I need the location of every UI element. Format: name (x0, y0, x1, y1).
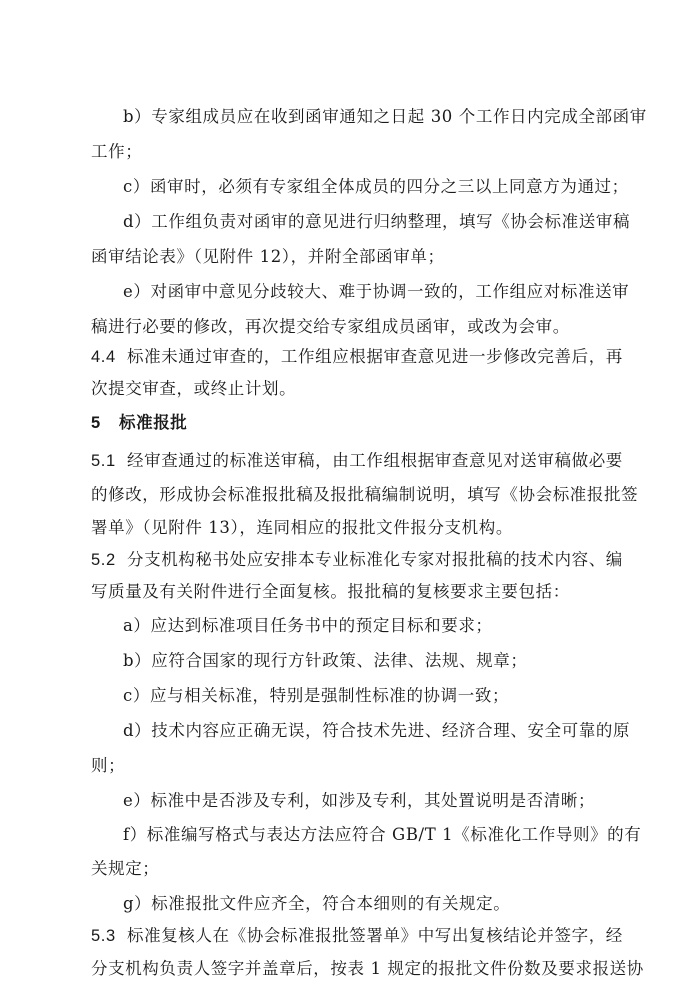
item-e-line-2: 稿进行必要的修改，再次提交给专家组成员函审，或改为会审。 (91, 316, 611, 338)
item-5-2-d-line-1: d）技术内容应正确无误，符合技术先进、经济合理、安全可靠的原 (123, 720, 611, 742)
section-number: 5 (91, 412, 119, 434)
item-c-line-1: c）函审时，必须有专家组全体成员的四分之三以上同意方为通过； (123, 176, 611, 198)
clause-5-2-line-2: 写质量及有关附件进行全面复核。报批稿的复核要求主要包括： (91, 581, 611, 603)
clause-number: 5.2 (91, 549, 127, 571)
item-5-2-f-line-2: 关规定； (91, 858, 611, 880)
item-b-line-1: b）专家组成员应在收到函审通知之日起 30 个工作日内完成全部函审 (123, 106, 611, 128)
item-5-2-c: c）应与相关标准，特别是强制性标准的协调一致； (123, 685, 611, 707)
item-5-2-g: g）标准报批文件应齐全，符合本细则的有关规定。 (123, 893, 611, 915)
section-title: 标准报批 (119, 413, 187, 432)
clause-number: 5.1 (91, 450, 127, 472)
clause-text: 分支机构秘书处应安排本专业标准化专家对报批稿的技术内容、编 (127, 550, 623, 569)
item-d-line-2: 函审结论表》（见附件 12），并附全部函审单； (91, 246, 611, 268)
clause-5-1-line-2: 的修改，形成协会标准报批稿及报批稿编制说明，填写《协会标准报批签 (91, 484, 611, 506)
clause-5-3-line-2: 分支机构负责人签字并盖章后，按表 1 规定的报批文件份数及要求报送协 (91, 958, 611, 980)
item-e-line-1: e）对函审中意见分歧较大、难于协调一致的，工作组应对标准送审 (123, 281, 611, 303)
clause-5-1-line-3: 署单》（见附件 13），连同相应的报批文件报分支机构。 (91, 517, 611, 539)
clause-4-4-line-2: 次提交审查，或终止计划。 (91, 378, 611, 400)
clause-5-3-line-1: 5.3标准复核人在《协会标准报批签署单》中写出复核结论并签字，经 (91, 925, 611, 947)
item-5-2-e: e）标准中是否涉及专利，如涉及专利，其处置说明是否清晰； (123, 790, 611, 812)
item-5-2-f-line-1: f）标准编写格式与表达方法应符合 GB/T 1《标准化工作导则》的有 (123, 824, 611, 846)
clause-text: 标准复核人在《协会标准报批签署单》中写出复核结论并签字，经 (127, 926, 623, 945)
item-b-line-2: 工作； (91, 141, 611, 163)
clause-text: 经审查通过的标准送审稿，由工作组根据审查意见对送审稿做必要 (127, 451, 623, 470)
item-5-2-d-line-2: 则； (91, 755, 611, 777)
clause-4-4-line-1: 4.4标准未通过审查的，工作组应根据审查意见进一步修改完善后，再 (91, 346, 611, 368)
clause-number: 5.3 (91, 925, 127, 947)
item-d-line-1: d）工作组负责对函审的意见进行归纳整理，填写《协会标准送审稿 (123, 211, 611, 233)
clause-text: 标准未通过审查的，工作组应根据审查意见进一步修改完善后，再 (127, 347, 623, 366)
clause-number: 4.4 (91, 346, 127, 368)
document-page: b）专家组成员应在收到函审通知之日起 30 个工作日内完成全部函审 工作； c）… (0, 0, 700, 990)
clause-5-1-line-1: 5.1经审查通过的标准送审稿，由工作组根据审查意见对送审稿做必要 (91, 450, 611, 472)
section-heading-5: 5标准报批 (91, 412, 611, 434)
item-5-2-b: b）应符合国家的现行方针政策、法律、法规、规章； (123, 650, 611, 672)
clause-5-2-line-1: 5.2分支机构秘书处应安排本专业标准化专家对报批稿的技术内容、编 (91, 549, 611, 571)
item-5-2-a: a）应达到标准项目任务书中的预定目标和要求； (123, 615, 611, 637)
